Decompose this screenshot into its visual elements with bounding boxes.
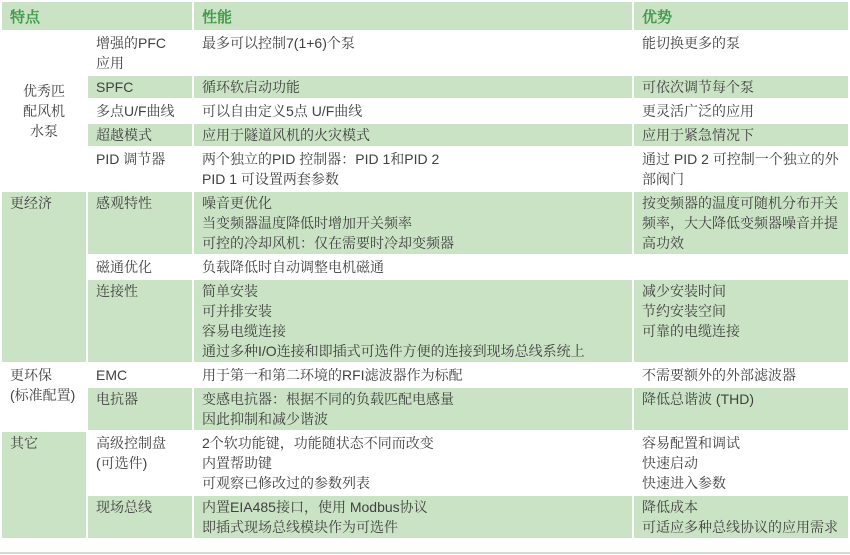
cell-text-line: 循环软启动功能 — [202, 77, 624, 97]
cell-text-line: 容易电缆连接 — [202, 321, 624, 341]
cell-text-line: 可控的冷却风机：仅在需要时冷却变频器 — [202, 233, 624, 253]
feature-cell: 电抗器 — [88, 388, 192, 430]
cell-text-line: PID 调节器 — [96, 149, 184, 169]
cell-text-line: 负载降低时自动调整电机磁通 — [202, 257, 624, 277]
cell-text-line: 内置帮助键 — [202, 453, 624, 473]
cell-text-line: 其它 — [10, 433, 78, 453]
cell-text-line: 降低成本 — [642, 497, 840, 517]
cell-text-line: 超越模式 — [96, 125, 184, 145]
table-row: 更环保(标准配置)EMC用于第一和第二环境的RFI滤波器作为标配不需要额外的外部… — [2, 364, 848, 386]
advantage-cell — [634, 256, 848, 278]
cell-text-line: 2个软功能键，功能随状态不同而改变 — [202, 433, 624, 453]
advantage-cell: 通过 PID 2 可控制一个独立的外部阀门 — [634, 148, 848, 190]
feature-table: 特点 性能 优势 优秀匹配风机水泵增强的PFC应用最多可以控制7(1+6)个泵能… — [0, 0, 850, 540]
cell-text-line: 电抗器 — [96, 389, 184, 409]
cell-text-line: 可靠的电缆连接 — [642, 321, 840, 341]
cell-text-line: 应用于紧急情况下 — [642, 125, 840, 145]
table-row: 多点U/F曲线可以自由定义5点 U/F曲线更灵活广泛的应用 — [2, 100, 848, 122]
cell-text-line: PID 1 可设置两套参数 — [202, 169, 624, 189]
performance-cell: 最多可以控制7(1+6)个泵 — [194, 32, 632, 74]
feature-cell: 磁通优化 — [88, 256, 192, 278]
cell-text-line: 容易配置和调试 — [642, 433, 840, 453]
cell-text-line: 可并排安装 — [202, 301, 624, 321]
feature-cell: 现场总线 — [88, 496, 192, 538]
group-feature-cell: 更经济 — [2, 192, 86, 362]
advantage-cell: 降低成本可适应多种总线协议的应用需求 — [634, 496, 848, 538]
feature-cell: EMC — [88, 364, 192, 386]
advantage-cell: 应用于紧急情况下 — [634, 124, 848, 146]
performance-cell: 变感电抗器：根据不同的负载匹配电感量因此抑制和减少谐波 — [194, 388, 632, 430]
header-advantage: 优势 — [634, 2, 848, 30]
feature-cell: 连接性 — [88, 280, 192, 362]
feature-comparison-page: 特点 性能 优势 优秀匹配风机水泵增强的PFC应用最多可以控制7(1+6)个泵能… — [0, 0, 850, 555]
group-feature-cell: 其它 — [2, 432, 86, 538]
cell-text-line: 能切换更多的泵 — [642, 33, 840, 53]
cell-text-line: 快速启动 — [642, 453, 840, 473]
performance-cell: 循环软启动功能 — [194, 76, 632, 98]
group-feature-cell: 更环保(标准配置) — [2, 364, 86, 430]
header-performance: 性能 — [194, 2, 632, 30]
cell-text-line: 更环保 — [10, 365, 78, 385]
advantage-cell: 不需要额外的外部滤波器 — [634, 364, 848, 386]
feature-cell: 增强的PFC应用 — [88, 32, 192, 74]
performance-cell: 噪音更优化当变频器温度降低时增加开关频率可控的冷却风机：仅在需要时冷却变频器 — [194, 192, 632, 254]
cell-text-line: 连接性 — [96, 281, 184, 301]
cell-text-line: EMC — [96, 365, 184, 385]
cell-text-line: 可依次调节每个泵 — [642, 77, 840, 97]
cell-text-line: 两个独立的PID 控制器：PID 1和PID 2 — [202, 149, 624, 169]
advantage-cell: 更灵活广泛的应用 — [634, 100, 848, 122]
cell-text-line: 可观察已修改过的参数列表 — [202, 473, 624, 493]
feature-cell: 超越模式 — [88, 124, 192, 146]
cell-text-line: 多点U/F曲线 — [96, 101, 184, 121]
feature-cell: 感观特性 — [88, 192, 192, 254]
cell-text-line: 可以自由定义5点 U/F曲线 — [202, 101, 624, 121]
cell-text-line: 可适应多种总线协议的应用需求 — [642, 517, 840, 537]
cell-text-line: 通过多种I/O连接和即插式可选件方便的连接到现场总线系统上 — [202, 341, 624, 361]
cell-text-line: 简单安装 — [202, 281, 624, 301]
cell-text-line: 因此抑制和减少谐波 — [202, 409, 624, 429]
table-row: 连接性简单安装可并排安装容易电缆连接通过多种I/O连接和即插式可选件方便的连接到… — [2, 280, 848, 362]
cell-text-line: 应用于隧道风机的火灾模式 — [202, 125, 624, 145]
advantage-cell: 降低总谐波 (THD) — [634, 388, 848, 430]
header-feature: 特点 — [2, 2, 192, 30]
cell-text-line: 感观特性 — [96, 193, 184, 213]
cell-text-line: (标准配置) — [10, 385, 78, 405]
advantage-cell: 减少安装时间节约安装空间可靠的电缆连接 — [634, 280, 848, 362]
table-row: 超越模式应用于隧道风机的火灾模式应用于紧急情况下 — [2, 124, 848, 146]
cell-text-line: 当变频器温度降低时增加开关频率 — [202, 213, 624, 233]
table-row: 其它高级控制盘(可选件)2个软功能键，功能随状态不同而改变内置帮助键可观察已修改… — [2, 432, 848, 494]
cell-text-line: 减少安装时间 — [642, 281, 840, 301]
feature-cell: 高级控制盘(可选件) — [88, 432, 192, 494]
table-bottom-rule — [0, 552, 850, 554]
table-row: PID 调节器两个独立的PID 控制器：PID 1和PID 2PID 1 可设置… — [2, 148, 848, 190]
cell-text-line: 增强的PFC — [96, 33, 184, 53]
advantage-cell: 可依次调节每个泵 — [634, 76, 848, 98]
feature-cell: SPFC — [88, 76, 192, 98]
cell-text-line: 优秀匹 — [10, 81, 78, 101]
performance-cell: 内置EIA485接口，使用 Modbus协议即插式现场总线模块作为可选件 — [194, 496, 632, 538]
table-row: 电抗器变感电抗器：根据不同的负载匹配电感量因此抑制和减少谐波降低总谐波 (THD… — [2, 388, 848, 430]
table-row: 更经济感观特性噪音更优化当变频器温度降低时增加开关频率可控的冷却风机：仅在需要时… — [2, 192, 848, 254]
performance-cell: 两个独立的PID 控制器：PID 1和PID 2PID 1 可设置两套参数 — [194, 148, 632, 190]
feature-cell: 多点U/F曲线 — [88, 100, 192, 122]
table-row: SPFC循环软启动功能可依次调节每个泵 — [2, 76, 848, 98]
table-row: 磁通优化负载降低时自动调整电机磁通 — [2, 256, 848, 278]
cell-text-line: 按变频器的温度可随机分布开关频率，大大降低变频器噪音并提高功效 — [642, 193, 840, 253]
cell-text-line: 降低总谐波 (THD) — [642, 389, 840, 409]
cell-text-line: 用于第一和第二环境的RFI滤波器作为标配 — [202, 365, 624, 385]
cell-text-line: 最多可以控制7(1+6)个泵 — [202, 33, 624, 53]
cell-text-line: 快速进入参数 — [642, 473, 840, 493]
group-feature-cell: 优秀匹配风机水泵 — [2, 32, 86, 190]
cell-text-line: (可选件) — [96, 453, 184, 473]
cell-text-line: 节约安装空间 — [642, 301, 840, 321]
cell-text-line: SPFC — [96, 77, 184, 97]
performance-cell: 用于第一和第二环境的RFI滤波器作为标配 — [194, 364, 632, 386]
performance-cell: 2个软功能键，功能随状态不同而改变内置帮助键可观察已修改过的参数列表 — [194, 432, 632, 494]
cell-text-line: 不需要额外的外部滤波器 — [642, 365, 840, 385]
advantage-cell: 能切换更多的泵 — [634, 32, 848, 74]
cell-text-line: 高级控制盘 — [96, 433, 184, 453]
cell-text-line: 内置EIA485接口，使用 Modbus协议 — [202, 497, 624, 517]
performance-cell: 负载降低时自动调整电机磁通 — [194, 256, 632, 278]
cell-text-line: 应用 — [96, 53, 184, 73]
cell-text-line: 通过 PID 2 可控制一个独立的外部阀门 — [642, 149, 840, 189]
cell-text-line: 水泵 — [10, 121, 78, 141]
performance-cell: 可以自由定义5点 U/F曲线 — [194, 100, 632, 122]
cell-text-line: 现场总线 — [96, 497, 184, 517]
table-row: 现场总线内置EIA485接口，使用 Modbus协议即插式现场总线模块作为可选件… — [2, 496, 848, 538]
cell-text-line: 更经济 — [10, 193, 78, 213]
advantage-cell: 容易配置和调试快速启动快速进入参数 — [634, 432, 848, 494]
performance-cell: 应用于隧道风机的火灾模式 — [194, 124, 632, 146]
table-row: 优秀匹配风机水泵增强的PFC应用最多可以控制7(1+6)个泵能切换更多的泵 — [2, 32, 848, 74]
performance-cell: 简单安装可并排安装容易电缆连接通过多种I/O连接和即插式可选件方便的连接到现场总… — [194, 280, 632, 362]
cell-text-line: 配风机 — [10, 101, 78, 121]
cell-text-line: 即插式现场总线模块作为可选件 — [202, 517, 624, 537]
advantage-cell: 按变频器的温度可随机分布开关频率，大大降低变频器噪音并提高功效 — [634, 192, 848, 254]
cell-text-line: 噪音更优化 — [202, 193, 624, 213]
header-row: 特点 性能 优势 — [2, 2, 848, 30]
feature-cell: PID 调节器 — [88, 148, 192, 190]
cell-text-line: 更灵活广泛的应用 — [642, 101, 840, 121]
cell-text-line: 磁通优化 — [96, 257, 184, 277]
cell-text-line: 变感电抗器：根据不同的负载匹配电感量 — [202, 389, 624, 409]
